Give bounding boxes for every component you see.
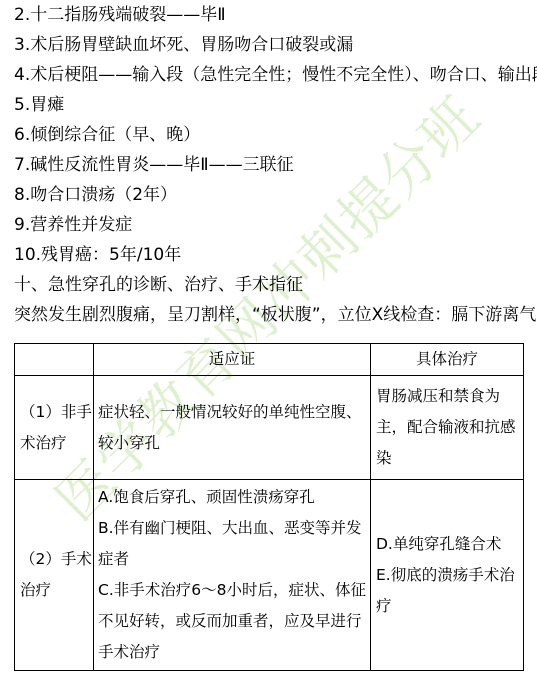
- table-header-indication: 适应证: [94, 344, 371, 376]
- list-item-8: 8.吻合口溃疡（2年）: [14, 180, 537, 210]
- table-row-nonsurgical: （1）非手 术治疗 症状轻、一般情况较好的单纯性空腹、 较小穿孔 胃肠减压和禁食…: [15, 376, 524, 480]
- list-item-9: 9.营养性并发症: [14, 210, 537, 240]
- section-heading: 十、急性穿孔的诊断、治疗、手术指征: [14, 270, 537, 300]
- table-header-empty: [15, 344, 94, 376]
- table-header-treatment: 具体治疗: [371, 344, 524, 376]
- paragraph-clinical-signs: 突然发生剧烈腹痛，呈刀割样，“板状腹”，立位X线检查：膈下游离气体。: [14, 300, 537, 330]
- treatment-table: 适应证 具体治疗 （1）非手 术治疗 症状轻、一般情况较好的单纯性空腹、 较小穿…: [14, 343, 524, 671]
- list-item-6: 6.倾倒综合征（早、晚）: [14, 120, 537, 150]
- cell-indication-nonsurgical: 症状轻、一般情况较好的单纯性空腹、 较小穿孔: [94, 376, 371, 480]
- list-item-5: 5.胃瘫: [14, 90, 537, 120]
- document-content: 2.十二指肠残端破裂——毕Ⅱ 3.术后肠胃壁缺血坏死、胃肠吻合口破裂或漏 4.术…: [0, 0, 537, 671]
- list-item-4: 4.术后梗阻——输入段（急性完全性；慢性不完全性）、吻合口、输出段: [14, 60, 537, 90]
- cell-indication-surgical: A.饱食后穿孔、顽固性溃疡穿孔 B.伴有幽门梗阻、大出血、恶变等并发症者 C.非…: [94, 480, 371, 671]
- list-item-3: 3.术后肠胃壁缺血坏死、胃肠吻合口破裂或漏: [14, 30, 537, 60]
- cell-treatment-nonsurgical: 胃肠减压和禁食为主，配合输液和抗感染: [371, 376, 524, 480]
- document-body: 2.十二指肠残端破裂——毕Ⅱ 3.术后肠胃壁缺血坏死、胃肠吻合口破裂或漏 4.术…: [0, 0, 537, 330]
- list-item-2: 2.十二指肠残端破裂——毕Ⅱ: [14, 0, 537, 30]
- table-row-surgical: （2）手术 治疗 A.饱食后穿孔、顽固性溃疡穿孔 B.伴有幽门梗阻、大出血、恶变…: [15, 480, 524, 671]
- list-item-10: 10.残胃癌：5年/10年: [14, 240, 537, 270]
- cell-treatment-surgical: D.单纯穿孔缝合术 E.彻底的溃疡手术治疗: [371, 480, 524, 671]
- table-header-row: 适应证 具体治疗: [15, 344, 524, 376]
- list-item-7: 7.碱性反流性胃炎——毕Ⅱ——三联征: [14, 150, 537, 180]
- cell-category-nonsurgical: （1）非手 术治疗: [15, 376, 94, 480]
- cell-category-surgical: （2）手术 治疗: [15, 480, 94, 671]
